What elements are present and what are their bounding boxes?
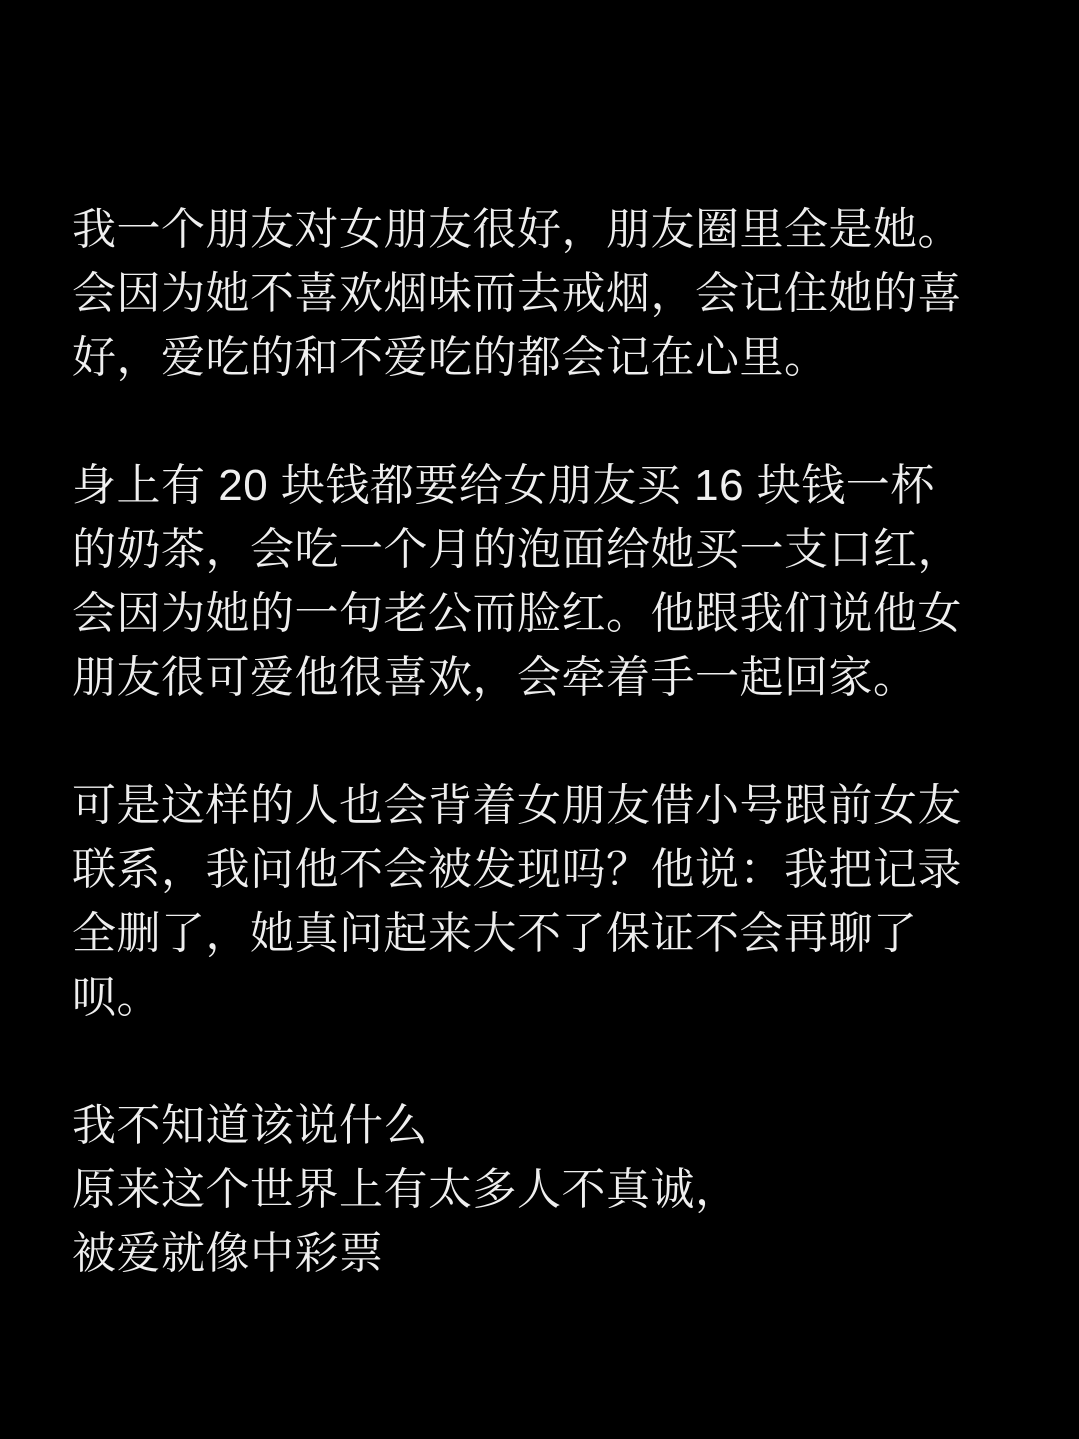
paragraph-2: 身上有 20 块钱都要给女朋友买 16 块钱一杯 的奶茶，会吃一个月的泡面给她买… [72, 454, 983, 710]
text-post-page: 我一个朋友对女朋友很好，朋友圈里全是她。 会因为她不喜欢烟味而去戒烟，会记住她的… [0, 0, 1079, 1439]
paragraph-4: 我不知道该说什么 原来这个世界上有太多人不真诚， 被爱就像中彩票 [72, 1094, 983, 1286]
paragraph-1: 我一个朋友对女朋友很好，朋友圈里全是她。 会因为她不喜欢烟味而去戒烟，会记住她的… [72, 198, 983, 390]
paragraph-3: 可是这样的人也会背着女朋友借小号跟前女友 联系，我问他不会被发现吗？他说：我把记… [72, 774, 983, 1030]
